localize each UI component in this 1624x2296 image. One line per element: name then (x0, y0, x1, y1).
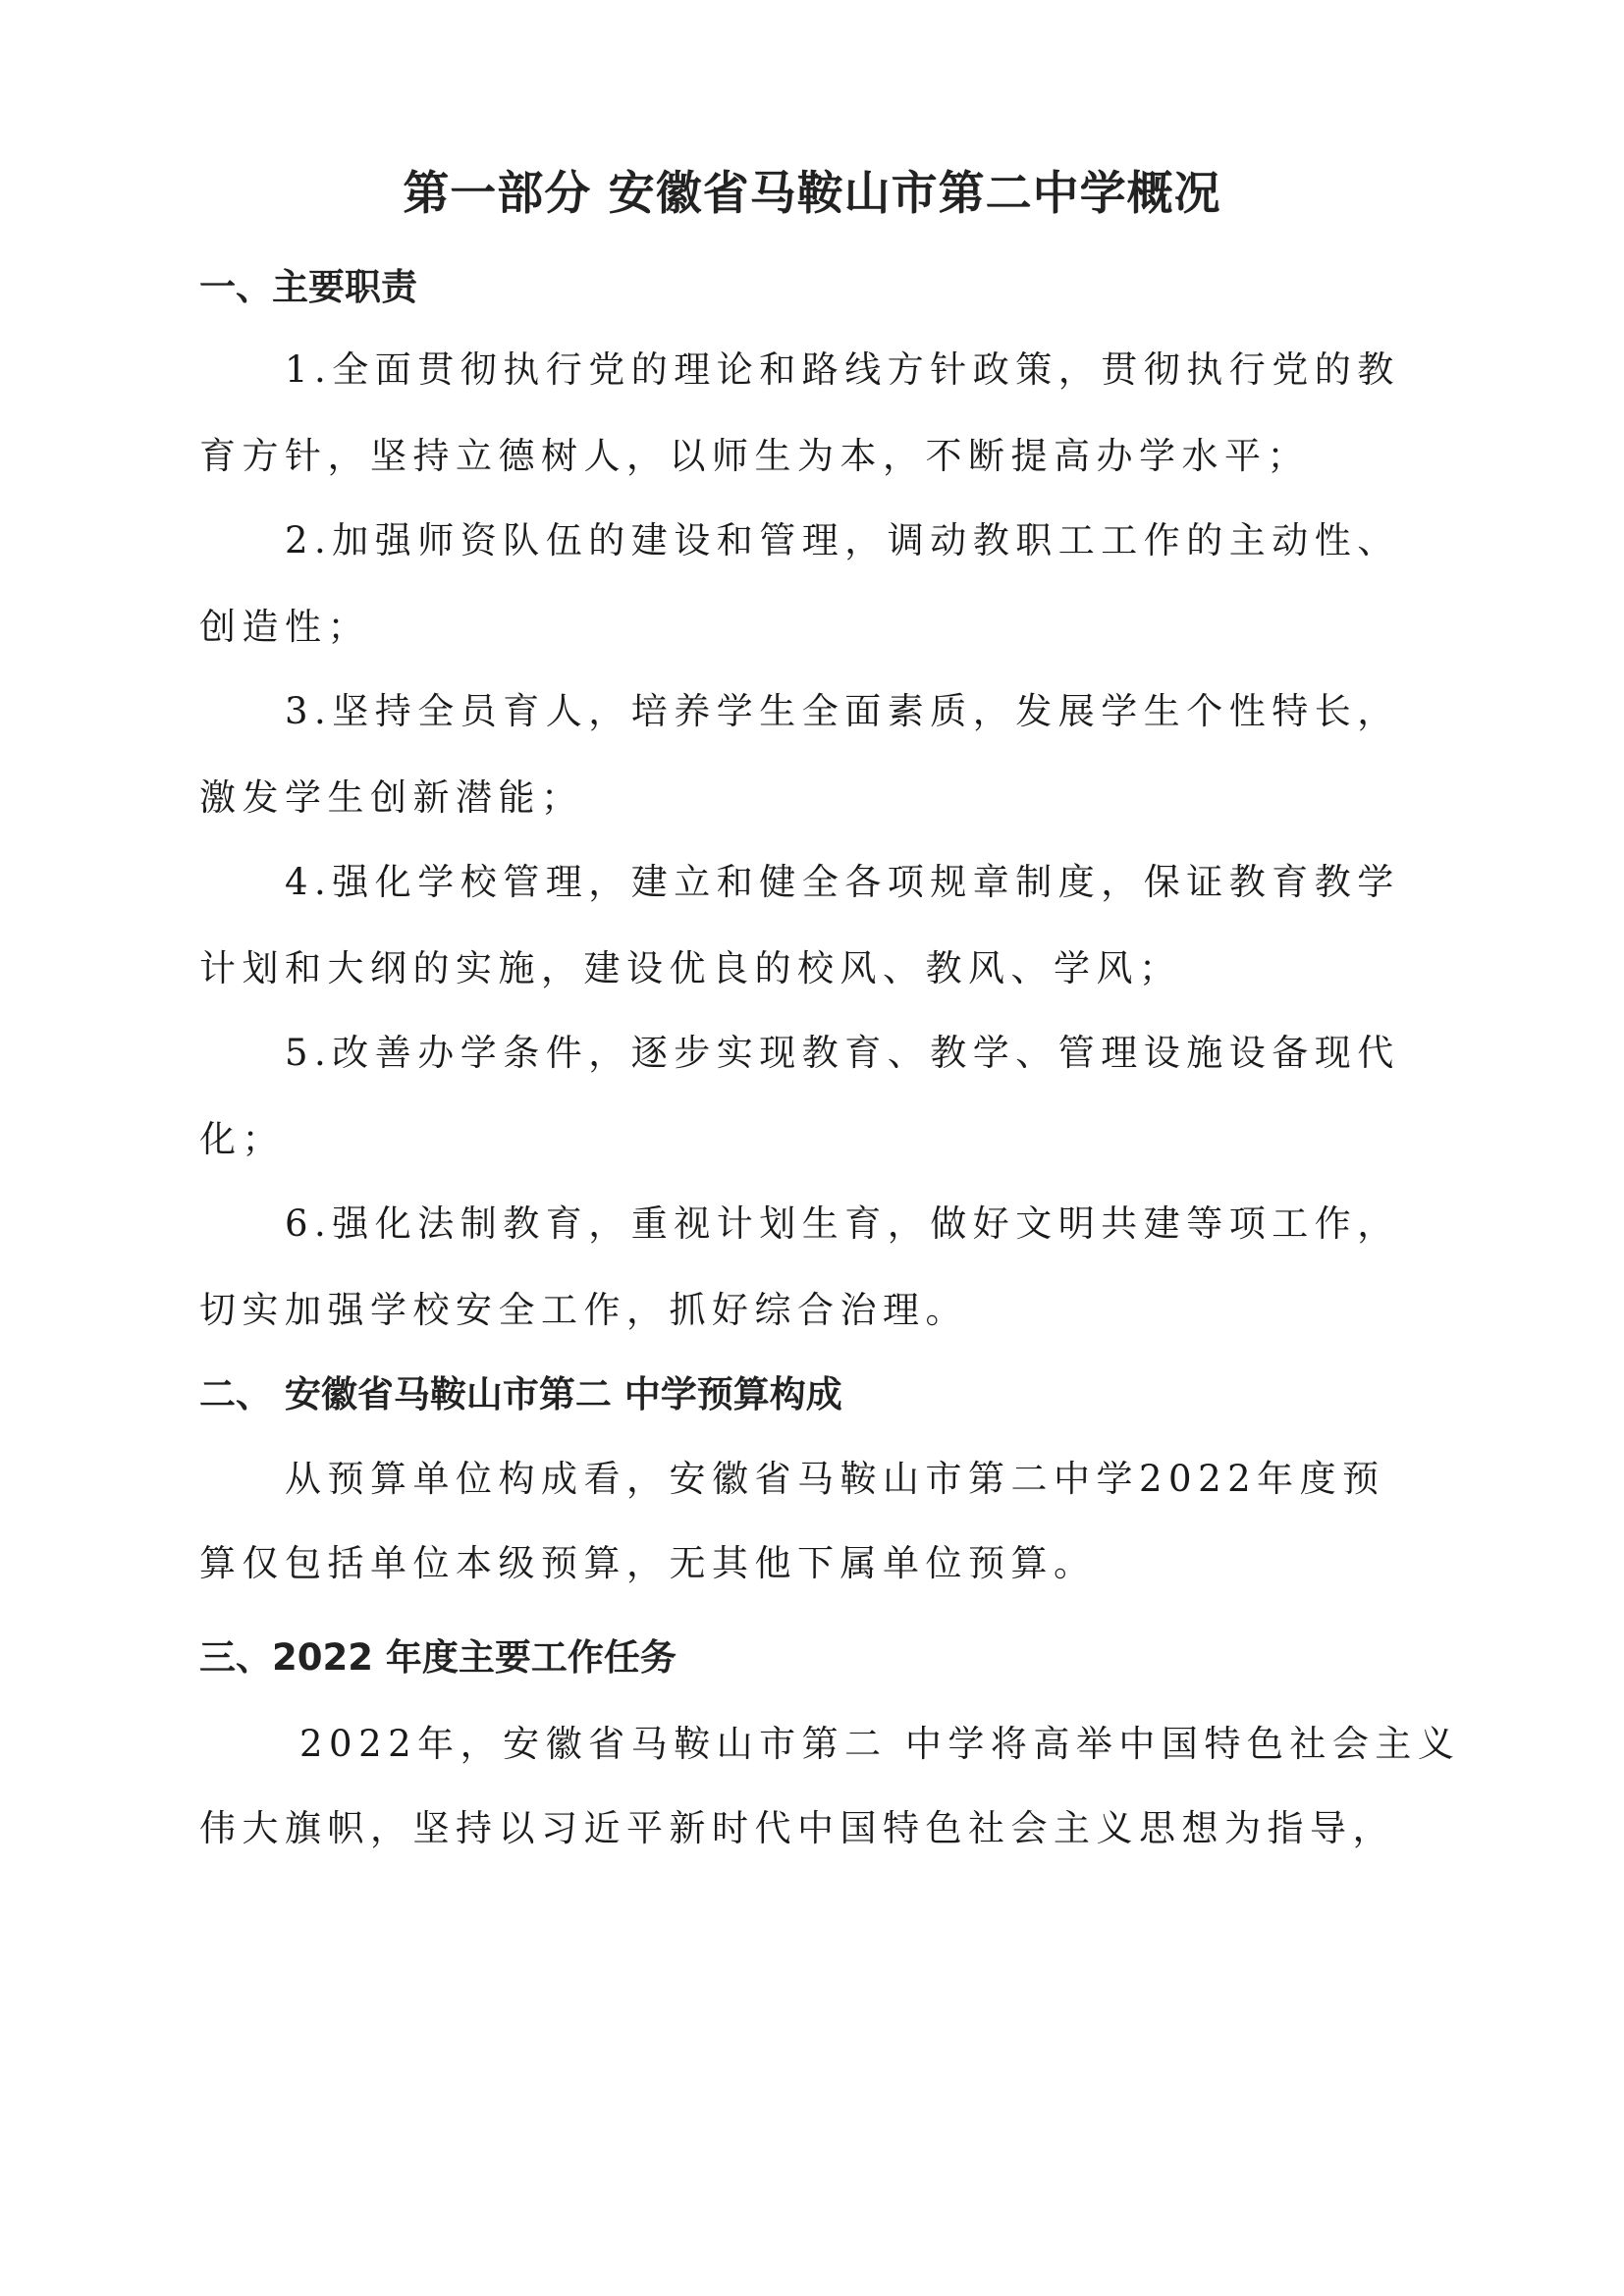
section-heading-duties: 一、主要职责 (199, 263, 417, 312)
paragraph-line: 算仅包括单位本级预算，无其他下属单位预算。 (199, 1539, 1097, 1588)
paragraph-line: 6.强化法制教育，重视计划生育，做好文明共建等项工作， (285, 1200, 1400, 1249)
page-title: 第一部分 安徽省马鞍山市第二中学概况 (0, 165, 1624, 224)
paragraph-line: 育方针，坚持立德树人，以师生为本，不断提高办学水平； (199, 432, 1310, 481)
paragraph-line: 伟大旗帜，坚持以习近平新时代中国特色社会主义思想为指导， (199, 1804, 1395, 1853)
paragraph-line: 创造性； (199, 603, 370, 652)
paragraph-line: 激发学生创新潜能； (199, 774, 584, 823)
paragraph-line: 4.强化学校管理，建立和健全各项规章制度，保证教育教学 (285, 858, 1400, 907)
section-heading-work-tasks: 三、2022 年度主要工作任务 (199, 1633, 677, 1682)
paragraph-line: 化； (199, 1115, 285, 1164)
paragraph-line: 1.全面贯彻执行党的理论和路线方针政策，贯彻执行党的教 (285, 346, 1400, 395)
paragraph-line: 计划和大纲的实施，建设优良的校风、教风、学风； (199, 944, 1182, 993)
paragraph-line: 从预算单位构成看，安徽省马鞍山市第二中学2022年度预 (285, 1455, 1385, 1504)
document-page: 第一部分 安徽省马鞍山市第二中学概况 一、主要职责 1.全面贯彻执行党的理论和路… (0, 0, 1624, 2296)
paragraph-line: 5.改善办学条件，逐步实现教育、教学、管理设施设备现代 (285, 1029, 1400, 1078)
section-heading-budget-composition: 二、 安徽省马鞍山市第二 中学预算构成 (199, 1370, 842, 1419)
paragraph-line: 2.加强师资队伍的建设和管理，调动教职工工作的主动性、 (285, 516, 1400, 565)
paragraph-line: 3.坚持全员育人，培养学生全面素质，发展学生个性特长， (285, 687, 1400, 736)
paragraph-line: 切实加强学校安全工作，抓好综合治理。 (199, 1286, 968, 1335)
paragraph-line: 2022年，安徽省马鞍山市第二 中学将高举中国特色社会主义 (299, 1720, 1460, 1769)
